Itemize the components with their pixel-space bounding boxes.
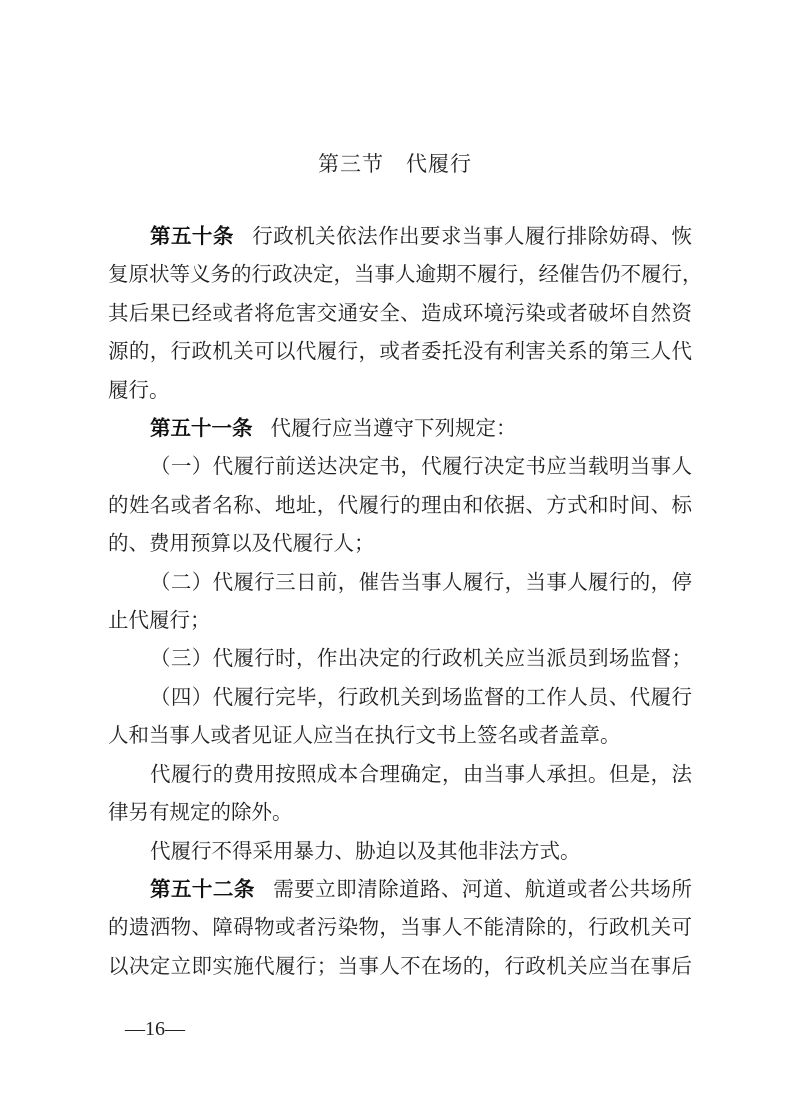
article-51-item-2-line-1: （二）代履行三日前，催告当事人履行，当事人履行的，停 [150, 568, 692, 596]
article-51-item-4-line-1: （四）代履行完毕，行政机关到场监督的工作人员、代履行 [150, 683, 692, 711]
article-50-line-1: 第五十条行政机关依法作出要求当事人履行排除妨碍、恢 [150, 222, 692, 250]
article-51-item-3: （三）代履行时，作出决定的行政机关应当派员到场监督； [150, 644, 692, 672]
article-text: 需要立即清除道路、河道、航道或者公共场所 [273, 877, 692, 901]
article-number: 第五十一条 [150, 416, 253, 440]
article-52-line-2: 的遗洒物、障碍物或者污染物，当事人不能清除的，行政机关可 [108, 913, 692, 941]
document-page: 第三节代履行 第五十条行政机关依法作出要求当事人履行排除妨碍、恢 复原状等义务的… [0, 0, 790, 1118]
article-text: 行政机关依法作出要求当事人履行排除妨碍、恢 [252, 224, 692, 248]
article-51-item-1-line-1: （一）代履行前送达决定书，代履行决定书应当载明当事人 [150, 452, 692, 480]
section-name: 代履行 [406, 152, 472, 176]
article-51-item-1-line-3: 的、费用预算以及代履行人； [108, 529, 692, 557]
article-51-cost-line-1: 代履行的费用按照成本合理确定，由当事人承担。但是，法 [150, 760, 692, 788]
article-50-line-3: 其后果已经或者将危害交通安全、造成环境污染或者破坏自然资 [108, 299, 692, 327]
article-51-item-4-line-2: 人和当事人或者见证人应当在执行文书上签名或者盖章。 [108, 721, 692, 749]
section-number: 第三节 [318, 152, 384, 176]
article-50-line-2: 复原状等义务的行政决定，当事人逾期不履行，经催告仍不履行， [108, 260, 692, 288]
article-text: 代履行应当遵守下列规定： [271, 416, 517, 440]
article-51-item-2-line-2: 止代履行； [108, 606, 692, 634]
article-52-line-3: 以决定立即实施代履行；当事人不在场的，行政机关应当在事后 [108, 952, 692, 980]
article-number: 第五十条 [150, 224, 234, 248]
article-50-line-5: 履行。 [108, 376, 692, 404]
article-51-prohibition: 代履行不得采用暴力、胁迫以及其他非法方式。 [150, 837, 692, 865]
article-51-item-1-line-2: 的姓名或者名称、地址，代履行的理由和依据、方式和时间、标 [108, 491, 692, 519]
article-51-cost-line-2: 律另有规定的除外。 [108, 798, 692, 826]
article-51-line-1: 第五十一条代履行应当遵守下列规定： [150, 414, 692, 442]
article-50-line-4: 源的，行政机关可以代履行，或者委托没有利害关系的第三人代 [108, 337, 692, 365]
article-52-line-1: 第五十二条需要立即清除道路、河道、航道或者公共场所 [150, 875, 692, 903]
article-number: 第五十二条 [150, 877, 255, 901]
section-heading: 第三节代履行 [0, 148, 790, 178]
page-number: —16— [125, 1018, 185, 1041]
